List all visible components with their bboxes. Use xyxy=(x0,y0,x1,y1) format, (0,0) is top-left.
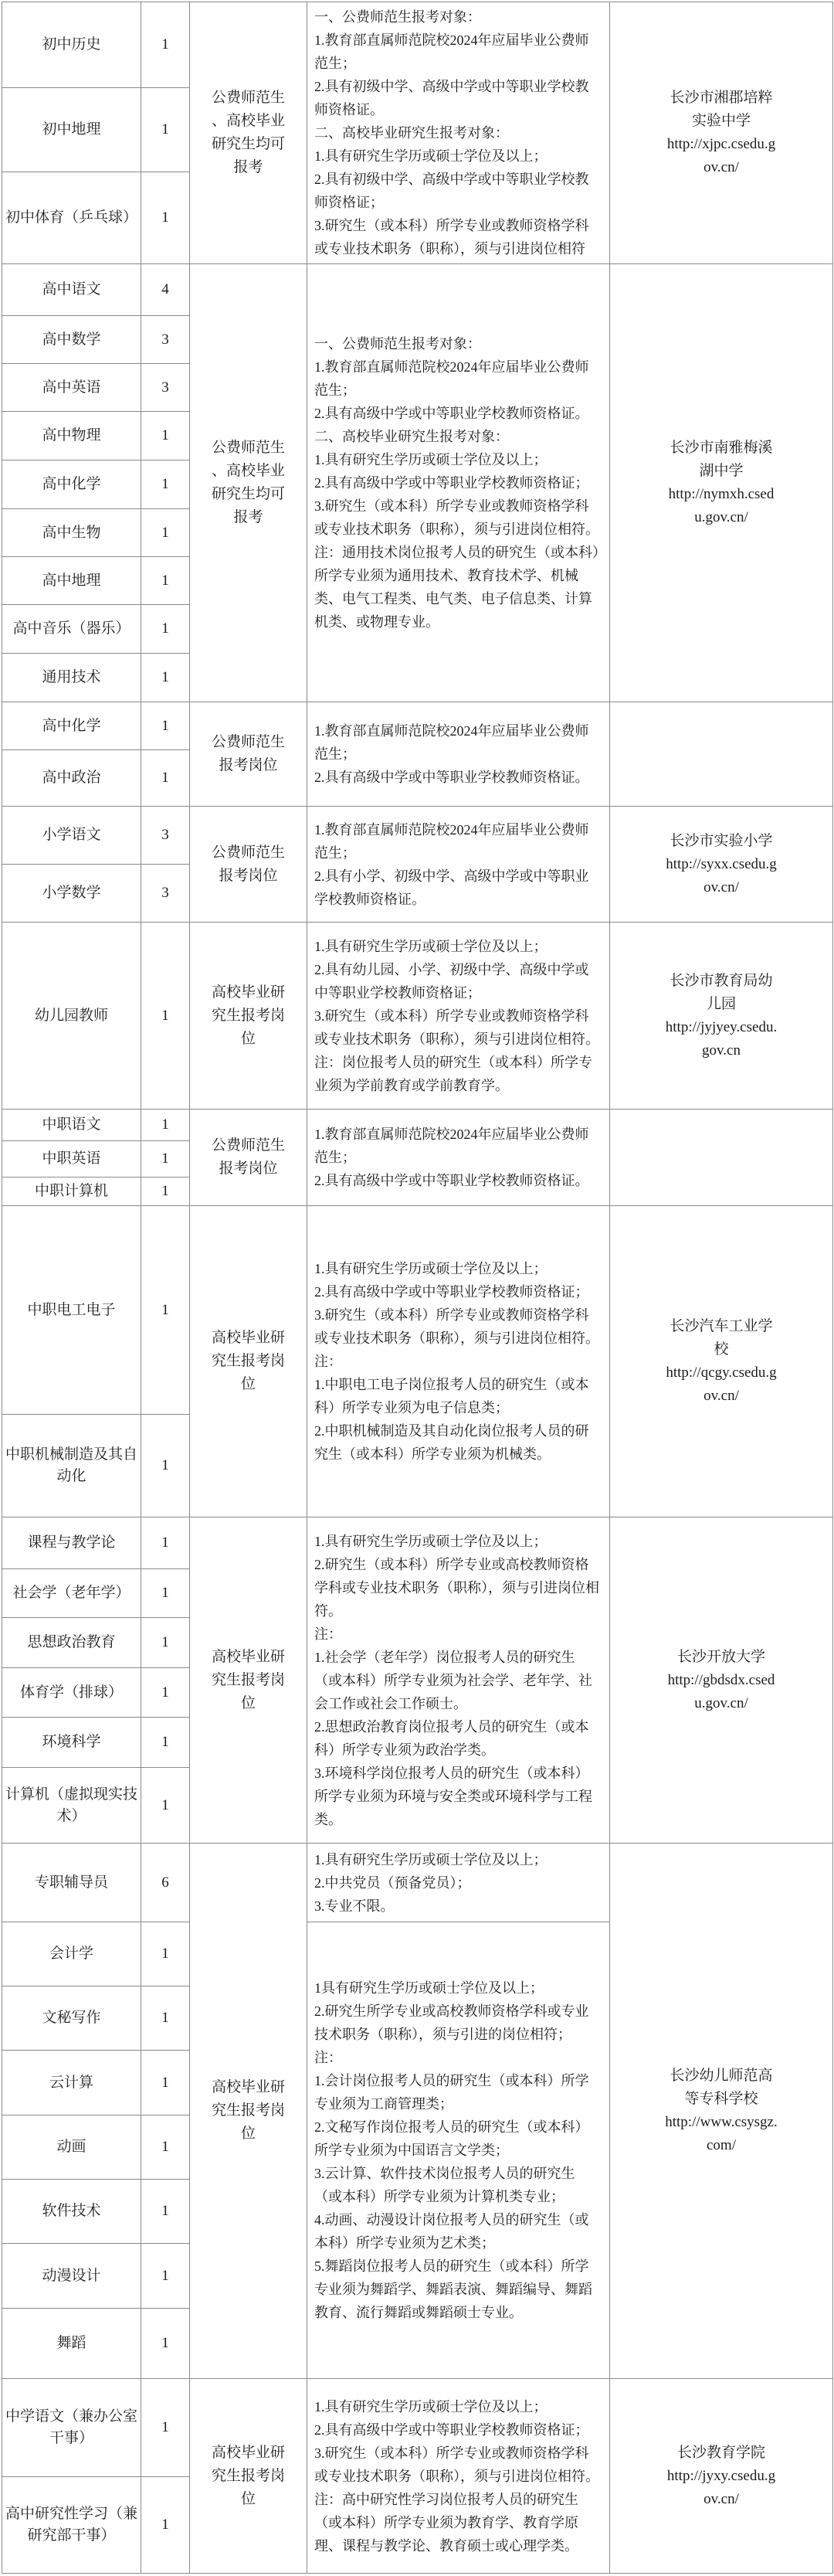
requirements-cell: 1.教育部直属师范院校2024年应届毕业公费师范生； 2.具有高级中学或中等职业… xyxy=(307,702,610,807)
requirements-text: 1.具有研究生学历或硕士学位及以上； 2.具有高级中学或中等职业学校教师资格证；… xyxy=(307,2392,609,2561)
position-name-cell: 动漫设计 xyxy=(2,2244,141,2309)
requirements-text: 1具有研究生学历或硕士学位及以上； 2.研究生所学专业或高校教师资格学科或专业技… xyxy=(307,1973,609,2327)
headcount-cell: 1 xyxy=(141,702,190,750)
headcount-value: 1 xyxy=(141,573,189,590)
position-name: 舞蹈 xyxy=(2,2331,141,2356)
applicant-category-cell: 高校毕业研究生报考岗位 xyxy=(190,923,307,1110)
school-cell xyxy=(610,702,833,807)
headcount-value: 1 xyxy=(141,1585,189,1602)
table-row: 中职电工电子1高校毕业研究生报考岗位1.具有研究生学历或硕士学位及以上； 2.具… xyxy=(2,1206,833,1415)
position-name: 动漫设计 xyxy=(2,2264,141,2289)
applicant-category: 公费师范生报考岗位 xyxy=(211,1134,286,1181)
headcount-cell: 1 xyxy=(141,2116,190,2180)
headcount-value: 1 xyxy=(141,1634,189,1651)
school-cell: 长沙市南雅梅溪湖中学http://nymxh.csedu.gov.cn/ xyxy=(610,264,833,702)
applicant-category-cell: 高校毕业研究生报考岗位 xyxy=(190,1206,307,1517)
requirements-text: 1.具有研究生学历或硕士学位及以上； 2.具有高级中学或中等职业学校教师资格证；… xyxy=(307,1254,609,1469)
headcount-value: 1 xyxy=(141,669,189,686)
position-name-cell: 中职英语 xyxy=(2,1141,141,1178)
position-name: 思想政治教育 xyxy=(2,1630,141,1655)
position-name: 高中英语 xyxy=(2,376,141,400)
position-name-cell: 计算机（虚拟现实技术） xyxy=(2,1768,141,1844)
position-name-cell: 初中体育（乒乓球） xyxy=(2,172,141,263)
headcount-value: 1 xyxy=(141,427,189,444)
position-name-cell: 中职语文 xyxy=(2,1110,141,1141)
headcount-cell: 1 xyxy=(141,1415,190,1517)
headcount-value: 1 xyxy=(141,1008,189,1025)
school-url: http://xjpc.csedu.gov.cn/ xyxy=(664,133,778,179)
position-name-cell: 会计学 xyxy=(2,1922,141,1986)
position-name-cell: 社会学（老年学） xyxy=(2,1569,141,1618)
headcount-value: 1 xyxy=(141,476,189,493)
headcount-cell: 1 xyxy=(141,1206,190,1415)
headcount-cell: 1 xyxy=(141,605,190,654)
headcount-cell: 1 xyxy=(141,2379,190,2477)
headcount-value: 1 xyxy=(141,1946,189,1963)
requirements-text: 1.具有研究生学历或硕士学位及以上； 2.中共党员（预备党员）； 3.专业不限。 xyxy=(307,1845,609,1921)
school-info: 长沙市实验小学http://syxx.csedu.gov.cn/ xyxy=(664,830,778,899)
applicant-category: 公费师范生、高校毕业研究生均可报考 xyxy=(211,437,286,529)
position-name: 高中物理 xyxy=(2,423,141,448)
position-name-cell: 体育学（排球） xyxy=(2,1668,141,1718)
position-name-cell: 高中化学 xyxy=(2,702,141,750)
position-name-cell: 高中物理 xyxy=(2,412,141,460)
headcount-value: 1 xyxy=(141,36,189,53)
headcount-value: 1 xyxy=(141,1183,189,1200)
headcount-cell: 1 xyxy=(141,2051,190,2116)
school-url: http://nymxh.csedu.gov.cn/ xyxy=(664,483,778,529)
position-name-cell: 高中研究性学习（兼研究部干事） xyxy=(2,2477,141,2574)
school-cell: 长沙教育学院http://jyxy.csedu.gov.cn/ xyxy=(610,2379,833,2574)
headcount-value: 1 xyxy=(141,1302,189,1319)
position-name: 初中地理 xyxy=(2,117,141,142)
position-name: 高中地理 xyxy=(2,569,141,593)
headcount-cell: 1 xyxy=(141,509,190,557)
school-name: 长沙幼儿师范高等专科学校 xyxy=(664,2065,778,2111)
headcount-cell: 1 xyxy=(141,2244,190,2309)
headcount-value: 1 xyxy=(141,620,189,637)
headcount-cell: 1 xyxy=(141,412,190,460)
requirements-text: 1.教育部直属师范院校2024年应届毕业公费师范生； 2.具有高级中学或中等职业… xyxy=(307,1120,609,1195)
table-row: 高中化学1公费师范生报考岗位1.教育部直属师范院校2024年应届毕业公费师范生；… xyxy=(2,702,833,750)
headcount-cell: 1 xyxy=(141,1569,190,1618)
school-url: http://qcgy.csedu.gov.cn/ xyxy=(664,1361,778,1408)
school-name: 长沙开放大学 xyxy=(664,1646,778,1669)
headcount-value: 1 xyxy=(141,770,189,787)
headcount-cell: 1 xyxy=(141,1668,190,1718)
position-name-cell: 高中政治 xyxy=(2,750,141,807)
position-name-cell: 高中化学 xyxy=(2,460,141,509)
school-info: 长沙市湘郡培粹实验中学http://xjpc.csedu.gov.cn/ xyxy=(664,87,778,179)
headcount-cell: 1 xyxy=(141,88,190,172)
school-name: 长沙市南雅梅溪湖中学 xyxy=(664,437,778,483)
applicant-category-cell: 高校毕业研究生报考岗位 xyxy=(190,1844,307,2379)
applicant-category-cell: 公费师范生、高校毕业研究生均可报考 xyxy=(190,2,307,264)
requirements-cell: 1.具有研究生学历或硕士学位及以上； 2.具有高级中学或中等职业学校教师资格证；… xyxy=(307,2379,610,2574)
table-row: 中学语文（兼办公室干事）1高校毕业研究生报考岗位1.具有研究生学历或硕士学位及以… xyxy=(2,2379,833,2477)
applicant-category: 公费师范生、高校毕业研究生均可报考 xyxy=(211,87,286,179)
headcount-cell: 1 xyxy=(141,2477,190,2574)
applicant-category-cell: 高校毕业研究生报考岗位 xyxy=(190,1517,307,1844)
position-name: 高中化学 xyxy=(2,714,141,739)
position-name-cell: 高中音乐（器乐） xyxy=(2,605,141,654)
school-info: 长沙市南雅梅溪湖中学http://nymxh.csedu.gov.cn/ xyxy=(664,437,778,529)
position-name: 动画 xyxy=(2,2135,141,2160)
position-name: 中职电工电子 xyxy=(2,1298,141,1323)
school-info: 长沙开放大学http://gbdsdx.csedu.gov.cn/ xyxy=(664,1646,778,1715)
applicant-category: 高校毕业研究生报考岗位 xyxy=(211,2442,286,2511)
requirements-text: 一、公费师范生报考对象： 1.教育部直属师范院校2024年应届毕业公费师范生； … xyxy=(307,329,609,637)
requirements-text: 1.教育部直属师范院校2024年应届毕业公费师范生； 2.具有小学、初级中学、高… xyxy=(307,815,609,914)
table-row: 高中语文4公费师范生、高校毕业研究生均可报考一、公费师范生报考对象： 1.教育部… xyxy=(2,264,833,316)
headcount-value: 1 xyxy=(141,2075,189,2092)
headcount-cell: 1 xyxy=(141,460,190,509)
school-cell: 长沙市实验小学http://syxx.csedu.gov.cn/ xyxy=(610,807,833,923)
headcount-cell: 1 xyxy=(141,1718,190,1768)
position-name-cell: 小学数学 xyxy=(2,865,141,923)
position-name: 中职计算机 xyxy=(2,1179,141,1204)
position-name: 软件技术 xyxy=(2,2199,141,2224)
table-row: 专职辅导员6高校毕业研究生报考岗位1.具有研究生学历或硕士学位及以上； 2.中共… xyxy=(2,1844,833,1922)
position-name: 会计学 xyxy=(2,1942,141,1966)
school-cell xyxy=(610,1110,833,1206)
headcount-value: 1 xyxy=(141,1797,189,1814)
headcount-value: 3 xyxy=(141,827,189,844)
school-url: http://jyxy.csedu.gov.cn/ xyxy=(664,2465,778,2511)
headcount-value: 1 xyxy=(141,2268,189,2285)
headcount-cell: 3 xyxy=(141,364,190,412)
applicant-category: 公费师范生报考岗位 xyxy=(211,731,286,777)
requirements-cell: 1.教育部直属师范院校2024年应届毕业公费师范生； 2.具有高级中学或中等职业… xyxy=(307,1110,610,1206)
headcount-value: 3 xyxy=(141,331,189,348)
requirements-text: 一、公费师范生报考对象： 1.教育部直属师范院校2024年应届毕业公费师范生； … xyxy=(307,2,609,263)
requirements-cell: 1.具有研究生学历或硕士学位及以上； 2.中共党员（预备党员）； 3.专业不限。 xyxy=(307,1844,610,1922)
position-name: 高中化学 xyxy=(2,472,141,497)
school-name: 长沙汽车工业学校 xyxy=(664,1315,778,1361)
headcount-cell: 1 xyxy=(141,557,190,605)
headcount-value: 6 xyxy=(141,1874,189,1891)
position-name-cell: 小学语文 xyxy=(2,807,141,865)
position-name-cell: 幼儿园教师 xyxy=(2,923,141,1110)
school-url: http://syxx.csedu.gov.cn/ xyxy=(664,853,778,899)
table-row: 幼儿园教师1高校毕业研究生报考岗位1.具有研究生学历或硕士学位及以上； 2.具有… xyxy=(2,923,833,1110)
headcount-cell: 1 xyxy=(141,1986,190,2051)
headcount-cell: 3 xyxy=(141,865,190,923)
requirements-cell: 一、公费师范生报考对象： 1.教育部直属师范院校2024年应届毕业公费师范生； … xyxy=(307,264,610,702)
school-name: 长沙市实验小学 xyxy=(664,830,778,853)
position-name: 专职辅导员 xyxy=(2,1871,141,1895)
requirements-cell: 1.具有研究生学历或硕士学位及以上； 2.具有幼儿园、小学、初级中学、高级中学或… xyxy=(307,923,610,1110)
headcount-value: 1 xyxy=(141,718,189,735)
school-url: http://gbdsdx.csedu.gov.cn/ xyxy=(664,1669,778,1715)
position-name: 高中语文 xyxy=(2,277,141,302)
position-name-cell: 动画 xyxy=(2,2116,141,2180)
position-name-cell: 中职机械制造及其自动化 xyxy=(2,1415,141,1517)
school-cell: 长沙市湘郡培粹实验中学http://xjpc.csedu.gov.cn/ xyxy=(610,2,833,264)
position-name: 中职英语 xyxy=(2,1147,141,1171)
position-name-cell: 中职计算机 xyxy=(2,1178,141,1206)
applicant-category-cell: 公费师范生报考岗位 xyxy=(190,1110,307,1206)
headcount-cell: 1 xyxy=(141,1768,190,1844)
requirements-cell: 1.教育部直属师范院校2024年应届毕业公费师范生； 2.具有小学、初级中学、高… xyxy=(307,807,610,923)
headcount-value: 1 xyxy=(141,1457,189,1474)
position-name: 社会学（老年学） xyxy=(2,1581,141,1606)
headcount-value: 1 xyxy=(141,1116,189,1133)
position-name: 计算机（虚拟现实技术） xyxy=(2,1782,141,1829)
headcount-cell: 1 xyxy=(141,2,190,88)
position-name: 高中数学 xyxy=(2,328,141,352)
headcount-cell: 3 xyxy=(141,316,190,364)
headcount-cell: 1 xyxy=(141,1517,190,1569)
school-cell: 长沙幼儿师范高等专科学校http://www.csysgz.com/ xyxy=(610,1844,833,2379)
position-name: 高中生物 xyxy=(2,521,141,545)
position-name: 小学数学 xyxy=(2,881,141,906)
recruitment-table-body: 初中历史1公费师范生、高校毕业研究生均可报考一、公费师范生报考对象： 1.教育部… xyxy=(2,2,833,2574)
recruitment-position-table-page: 初中历史1公费师范生、高校毕业研究生均可报考一、公费师范生报考对象： 1.教育部… xyxy=(0,0,834,2575)
position-name-cell: 初中地理 xyxy=(2,88,141,172)
headcount-value: 4 xyxy=(141,281,189,298)
position-name-cell: 舞蹈 xyxy=(2,2309,141,2379)
headcount-cell: 1 xyxy=(141,654,190,702)
school-info: 长沙汽车工业学校http://qcgy.csedu.gov.cn/ xyxy=(664,1315,778,1408)
headcount-value: 3 xyxy=(141,379,189,396)
headcount-value: 1 xyxy=(141,2010,189,2027)
headcount-cell: 4 xyxy=(141,264,190,316)
position-name-cell: 初中历史 xyxy=(2,2,141,88)
headcount-value: 1 xyxy=(141,2203,189,2220)
position-name-cell: 高中语文 xyxy=(2,264,141,316)
position-name: 文秘写作 xyxy=(2,2006,141,2031)
position-name: 中职机械制造及其自动化 xyxy=(2,1443,141,1489)
headcount-value: 1 xyxy=(141,1150,189,1167)
headcount-cell: 6 xyxy=(141,1844,190,1922)
requirements-text: 1.具有研究生学历或硕士学位及以上； 2.研究生（或本科）所学专业或高校教师资格… xyxy=(307,1527,609,1834)
position-name: 云计算 xyxy=(2,2071,141,2095)
position-name-cell: 中学语文（兼办公室干事） xyxy=(2,2379,141,2477)
position-name-cell: 高中数学 xyxy=(2,316,141,364)
school-info: 长沙幼儿师范高等专科学校http://www.csysgz.com/ xyxy=(664,2065,778,2157)
headcount-cell: 1 xyxy=(141,172,190,263)
headcount-cell: 1 xyxy=(141,2309,190,2379)
table-row: 小学语文3公费师范生报考岗位1.教育部直属师范院校2024年应届毕业公费师范生；… xyxy=(2,807,833,865)
table-row: 中职语文1公费师范生报考岗位1.教育部直属师范院校2024年应届毕业公费师范生；… xyxy=(2,1110,833,1141)
position-name-cell: 思想政治教育 xyxy=(2,1618,141,1668)
headcount-value: 1 xyxy=(141,1534,189,1551)
position-name: 高中政治 xyxy=(2,766,141,790)
school-url: http://www.csysgz.com/ xyxy=(664,2111,778,2157)
requirements-cell: 一、公费师范生报考对象： 1.教育部直属师范院校2024年应届毕业公费师范生； … xyxy=(307,2,610,264)
position-name-cell: 课程与教学论 xyxy=(2,1517,141,1569)
position-name: 初中历史 xyxy=(2,32,141,57)
headcount-cell: 1 xyxy=(141,1178,190,1206)
applicant-category: 高校毕业研究生报考岗位 xyxy=(211,1646,286,1715)
headcount-value: 1 xyxy=(141,2517,189,2534)
position-name: 体育学（排球） xyxy=(2,1681,141,1705)
headcount-value: 1 xyxy=(141,1734,189,1751)
position-name-cell: 高中地理 xyxy=(2,557,141,605)
requirements-cell: 1.具有研究生学历或硕士学位及以上； 2.研究生（或本科）所学专业或高校教师资格… xyxy=(307,1517,610,1844)
headcount-cell: 1 xyxy=(141,1618,190,1668)
headcount-value: 1 xyxy=(141,121,189,138)
requirements-text: 1.具有研究生学历或硕士学位及以上； 2.具有幼儿园、小学、初级中学、高级中学或… xyxy=(307,932,609,1100)
applicant-category: 高校毕业研究生报考岗位 xyxy=(211,1327,286,1396)
headcount-value: 1 xyxy=(141,1684,189,1701)
headcount-cell: 1 xyxy=(141,1922,190,1986)
position-name: 环境科学 xyxy=(2,1730,141,1755)
applicant-category: 高校毕业研究生报考岗位 xyxy=(211,2076,286,2146)
position-name: 通用技术 xyxy=(2,665,141,690)
school-info: 长沙市教育局幼儿园http://jyjyey.csedu.gov.cn xyxy=(664,970,778,1062)
position-name-cell: 云计算 xyxy=(2,2051,141,2116)
position-name-cell: 高中英语 xyxy=(2,364,141,412)
applicant-category: 高校毕业研究生报考岗位 xyxy=(211,981,286,1051)
school-name: 长沙教育学院 xyxy=(664,2442,778,2465)
headcount-value: 1 xyxy=(141,2419,189,2436)
school-cell: 长沙市教育局幼儿园http://jyjyey.csedu.gov.cn xyxy=(610,923,833,1110)
requirements-cell: 1具有研究生学历或硕士学位及以上； 2.研究生所学专业或高校教师资格学科或专业技… xyxy=(307,1922,610,2379)
headcount-value: 1 xyxy=(141,2139,189,2156)
headcount-cell: 1 xyxy=(141,923,190,1110)
requirements-text: 1.教育部直属师范院校2024年应届毕业公费师范生； 2.具有高级中学或中等职业… xyxy=(307,716,609,792)
position-name-cell: 软件技术 xyxy=(2,2180,141,2244)
applicant-category-cell: 公费师范生报考岗位 xyxy=(190,807,307,923)
position-name: 高中音乐（器乐） xyxy=(2,617,141,641)
position-name-cell: 文秘写作 xyxy=(2,1986,141,2051)
headcount-cell: 1 xyxy=(141,1110,190,1141)
headcount-value: 1 xyxy=(141,209,189,226)
headcount-cell: 1 xyxy=(141,750,190,807)
headcount-cell: 1 xyxy=(141,1141,190,1178)
position-name: 中职语文 xyxy=(2,1113,141,1137)
position-name: 小学语文 xyxy=(2,823,141,848)
position-name-cell: 环境科学 xyxy=(2,1718,141,1768)
position-name: 中学语文（兼办公室干事） xyxy=(2,2404,141,2451)
requirements-cell: 1.具有研究生学历或硕士学位及以上； 2.具有高级中学或中等职业学校教师资格证；… xyxy=(307,1206,610,1517)
position-name: 高中研究性学习（兼研究部干事） xyxy=(2,2502,141,2548)
applicant-category-cell: 公费师范生报考岗位 xyxy=(190,702,307,807)
position-name-cell: 专职辅导员 xyxy=(2,1844,141,1922)
position-name: 课程与教学论 xyxy=(2,1531,141,1555)
applicant-category-cell: 高校毕业研究生报考岗位 xyxy=(190,2379,307,2574)
headcount-value: 1 xyxy=(141,2335,189,2352)
headcount-cell: 1 xyxy=(141,2180,190,2244)
school-cell: 长沙汽车工业学校http://qcgy.csedu.gov.cn/ xyxy=(610,1206,833,1517)
recruitment-table: 初中历史1公费师范生、高校毕业研究生均可报考一、公费师范生报考对象： 1.教育部… xyxy=(2,2,833,2574)
position-name-cell: 中职电工电子 xyxy=(2,1206,141,1415)
headcount-cell: 3 xyxy=(141,807,190,865)
position-name: 幼儿园教师 xyxy=(2,1004,141,1028)
position-name-cell: 高中生物 xyxy=(2,509,141,557)
school-name: 长沙市湘郡培粹实验中学 xyxy=(664,87,778,133)
school-url: http://jyjyey.csedu.gov.cn xyxy=(664,1016,778,1062)
position-name: 初中体育（乒乓球） xyxy=(2,206,141,230)
applicant-category-cell: 公费师范生、高校毕业研究生均可报考 xyxy=(190,264,307,702)
headcount-value: 3 xyxy=(141,885,189,902)
table-row: 初中历史1公费师范生、高校毕业研究生均可报考一、公费师范生报考对象： 1.教育部… xyxy=(2,2,833,88)
table-row: 课程与教学论1高校毕业研究生报考岗位1.具有研究生学历或硕士学位及以上； 2.研… xyxy=(2,1517,833,1569)
school-cell: 长沙开放大学http://gbdsdx.csedu.gov.cn/ xyxy=(610,1517,833,1844)
position-name-cell: 通用技术 xyxy=(2,654,141,702)
school-info: 长沙教育学院http://jyxy.csedu.gov.cn/ xyxy=(664,2442,778,2511)
applicant-category: 公费师范生报考岗位 xyxy=(211,841,286,888)
school-name: 长沙市教育局幼儿园 xyxy=(664,970,778,1016)
headcount-value: 1 xyxy=(141,525,189,542)
